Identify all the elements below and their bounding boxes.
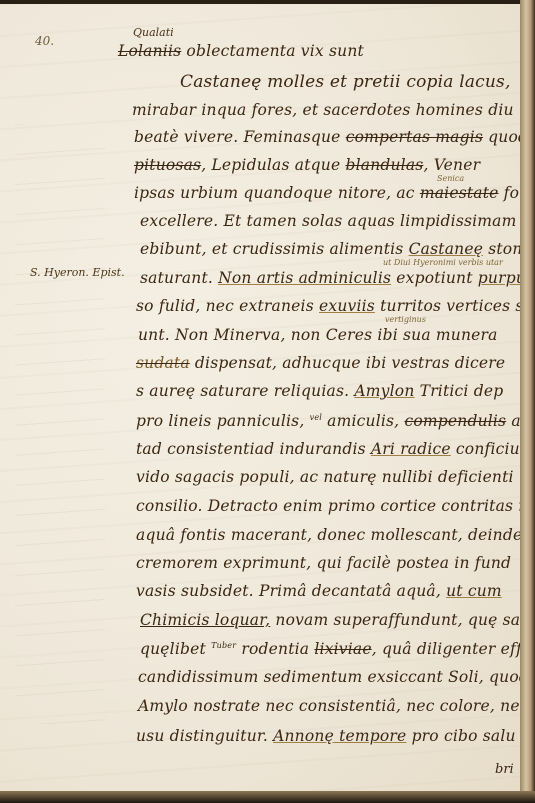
interlinear-word: Tuber bbox=[211, 641, 236, 650]
page-bottom-edge bbox=[0, 791, 535, 803]
text-line-19: vasis subsidet. Primâ decantatâ aquâ, ut… bbox=[136, 582, 502, 600]
underlined-text: Castaneę bbox=[409, 240, 483, 258]
text-line-16: consilio. Detracto enim primo cortice co… bbox=[136, 497, 522, 515]
text-line-24: usu distinguitur. Annonę tempore pro cib… bbox=[136, 727, 516, 745]
underlined-text: Chimicis loquar, bbox=[140, 611, 270, 629]
text-line-13: pro lineis panniculis, vel amiculis, com… bbox=[136, 412, 522, 430]
bleed-through-text bbox=[15, 124, 105, 724]
line-text: dispensat, adhucque ibi vestras dicere bbox=[195, 354, 505, 372]
text-line-22: candidissimum sedimentum exsiccant Soli,… bbox=[138, 668, 522, 686]
interlinear-note-3: vertiginus bbox=[385, 315, 426, 324]
line-text: quęlibet bbox=[140, 640, 206, 658]
folio-number: 40. bbox=[35, 34, 54, 48]
struck-text: pituosas bbox=[134, 156, 201, 174]
heading-interlinear: Qualati bbox=[133, 26, 174, 39]
interlinear-word: vel bbox=[310, 413, 322, 422]
line-text-after: pro cibo salu bbox=[412, 727, 516, 745]
margin-note: S. Hyeron. Epist. bbox=[30, 266, 125, 279]
text-line-2: mirabar inqua fores, et sacerdotes homin… bbox=[132, 101, 514, 119]
text-line-6: excellere. Et tamen solas aquas limpidis… bbox=[140, 212, 517, 230]
struck-text: lixiviae bbox=[314, 640, 371, 658]
underlined-text: Annonę tempore bbox=[273, 727, 406, 745]
line-text-after: , Vener bbox=[423, 156, 480, 174]
line-text-after: quod bbox=[488, 128, 522, 146]
book-binding-edge bbox=[520, 0, 535, 803]
line-text: vasis subsidet. Primâ decantatâ aquâ, bbox=[136, 582, 441, 600]
struck-text: blandulas bbox=[345, 156, 423, 174]
line-text: usu distinguitur. bbox=[136, 727, 268, 745]
heading-line: Lolaniis oblectamenta vix sunt bbox=[118, 42, 364, 60]
struck-text: maiestate bbox=[420, 184, 499, 202]
text-line-18: cremorem exprimunt, qui facilè postea in… bbox=[136, 554, 511, 572]
text-line-9: so fulid, nec extraneis exuviis turritos… bbox=[136, 297, 522, 315]
line-text-after: stomac bbox=[488, 240, 522, 258]
underlined-text: ut cum bbox=[446, 582, 502, 600]
underlined-text: exuviis bbox=[319, 297, 375, 315]
text-line-11: sudata dispensat, adhucque ibi vestras d… bbox=[136, 354, 505, 372]
text-line-3: beatè vivere. Feminasque compertas magis… bbox=[134, 128, 522, 146]
line-text: ebibunt, et crudissimis alimentis bbox=[140, 240, 403, 258]
heading-struck-word: Lolaniis bbox=[118, 42, 181, 60]
struck-text: sudata bbox=[136, 354, 190, 372]
catchword: bri bbox=[495, 762, 514, 777]
text-line-1: Castaneę molles et pretii copia lacus, bbox=[180, 72, 511, 92]
line-text-after: , quâ diligenter effus bbox=[372, 640, 522, 658]
line-text: pro lineis panniculis, bbox=[136, 412, 304, 430]
interlinear-note-1: Senica bbox=[437, 174, 464, 183]
text-line-5: ipsas urbium quandoque nitore, ac maiest… bbox=[134, 184, 522, 202]
struck-text: compendulis bbox=[404, 412, 506, 430]
text-line-14: tad consistentiad indurandis Ari radice … bbox=[136, 440, 522, 458]
line-text: saturant. bbox=[140, 269, 213, 287]
text-line-23: Amylo nostrate nec consistentiâ, nec col… bbox=[138, 697, 522, 715]
text-line-7: ebibunt, et crudissimis alimentis Castan… bbox=[140, 240, 522, 258]
line-text-after: expotiunt bbox=[396, 269, 472, 287]
text-line-17: aquâ fontis macerant, donec mollescant, … bbox=[136, 526, 522, 544]
line-text: tad consistentiad indurandis bbox=[136, 440, 366, 458]
line-text-after: Tritici dep bbox=[420, 382, 504, 400]
heading-text: oblectamenta vix sunt bbox=[186, 42, 364, 60]
struck-text: compertas magis bbox=[346, 128, 483, 146]
text-line-10: unt. Non Minerva, non Ceres ibi sua mune… bbox=[138, 326, 498, 344]
interlinear-note-2: ut Diui Hyeronimi verbis utar bbox=[383, 258, 503, 267]
line-text: , Lepidulas atque bbox=[201, 156, 340, 174]
line-text: so fulid, nec extraneis bbox=[136, 297, 314, 315]
line-text-after: turritos vertices stru bbox=[380, 297, 522, 315]
line-text-after: rodentia bbox=[241, 640, 309, 658]
underlined-text: Amylon bbox=[354, 382, 414, 400]
line-text: s aureę saturare reliquias. bbox=[136, 382, 349, 400]
line-text: beatè vivere. Feminasque bbox=[134, 128, 341, 146]
underlined-text: Ari radice bbox=[371, 440, 451, 458]
underlined-text: purpu bbox=[478, 269, 522, 287]
text-line-21: quęlibet Tuber rodentia lixiviae, quâ di… bbox=[140, 640, 522, 658]
underlined-text: Non artis adminiculis bbox=[218, 269, 391, 287]
line-text-after: conficiunt, pri bbox=[456, 440, 522, 458]
text-line-15: vido sagacis populi, ac naturę nullibi d… bbox=[136, 468, 514, 486]
line-text: ipsas urbium quandoque nitore, ac bbox=[134, 184, 415, 202]
line-text-after: amiculis, bbox=[327, 412, 399, 430]
text-line-8: saturant. Non artis adminiculis expotiun… bbox=[140, 269, 522, 287]
text-line-12: s aureę saturare reliquias. Amylon Triti… bbox=[136, 382, 503, 400]
manuscript-page: 40. Qualati Lolaniis oblectamenta vix su… bbox=[0, 4, 522, 797]
text-line-4: pituosas, Lepidulas atque blandulas, Ven… bbox=[134, 156, 480, 174]
text-line-20: Chimicis loquar, novam superaffundunt, q… bbox=[140, 611, 522, 629]
line-text: novam superaffundunt, quę salia bbox=[275, 611, 522, 629]
